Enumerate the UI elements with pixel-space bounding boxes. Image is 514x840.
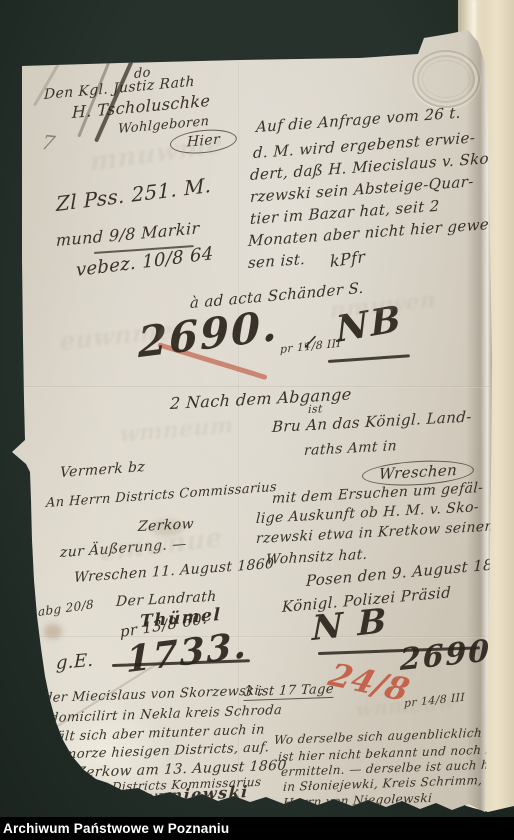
pencil-number: 7 xyxy=(40,132,57,153)
margin-abg-note: abg 20/8 xyxy=(38,598,94,618)
report-line-1b: 3 ist 17 Tage xyxy=(243,683,334,701)
archive-scan-viewer: 17339/8 60doDen Kgl. Justiz RathH. Tscho… xyxy=(0,0,514,840)
archive-name-label: Archiwum Państwowe w Poznaniu xyxy=(0,817,514,840)
manuscript-page: 17339/8 60doDen Kgl. Justiz RathH. Tscho… xyxy=(0,0,514,817)
ghost-number: 1733 xyxy=(18,19,105,69)
praesident-signature: N B xyxy=(312,604,388,646)
archive-caption-bar: Archiwum Państwowe w Poznaniu xyxy=(0,817,514,840)
ge-note: g.E. xyxy=(56,652,94,673)
forward-line-2: raths Amt in xyxy=(304,439,398,458)
document-photo: 17339/8 60doDen Kgl. Justiz RathH. Tscho… xyxy=(0,0,514,817)
reply-line-7: sen ist. xyxy=(248,252,306,271)
nb-arrow: ↙ xyxy=(302,330,319,352)
file-ref-line-3: vebez. 10/8 64 xyxy=(76,245,214,280)
vermerk-note: Vermerk bz xyxy=(60,460,146,480)
forward-line-1: Bru An das Königl. Land- xyxy=(272,410,472,436)
bleed-through-1: mnuwme xyxy=(90,131,224,176)
abgang-note: 2 Nach dem Abgange xyxy=(170,386,353,412)
file-ref-line-2: mund 9/8 Markir xyxy=(56,220,200,249)
handwriting-layer: 17339/8 60doDen Kgl. Justiz RathH. Tscho… xyxy=(0,0,514,817)
file-ref-line-1: Zl Pss. 251. M. xyxy=(56,175,212,214)
commissar-signature: Sypniewski xyxy=(134,784,250,806)
report-line-1: der Miecislaus von Skorzewski; xyxy=(44,684,265,705)
note-right-line-5: Herrn von Niegolewski xyxy=(283,792,433,809)
bleed-through-3: wmneum xyxy=(120,414,234,446)
report-line-2: domicilirt in Nekla kreis Schroda xyxy=(50,704,283,725)
received-date-note: 9/8 60 xyxy=(112,38,165,60)
forward-line-6: Wohnsitz hat. xyxy=(266,548,368,567)
landrat-line-1: An Herrn Districts Commissarius xyxy=(46,481,277,510)
insert-ist: ist xyxy=(308,403,323,415)
reply-initials: kPfr xyxy=(330,249,366,270)
